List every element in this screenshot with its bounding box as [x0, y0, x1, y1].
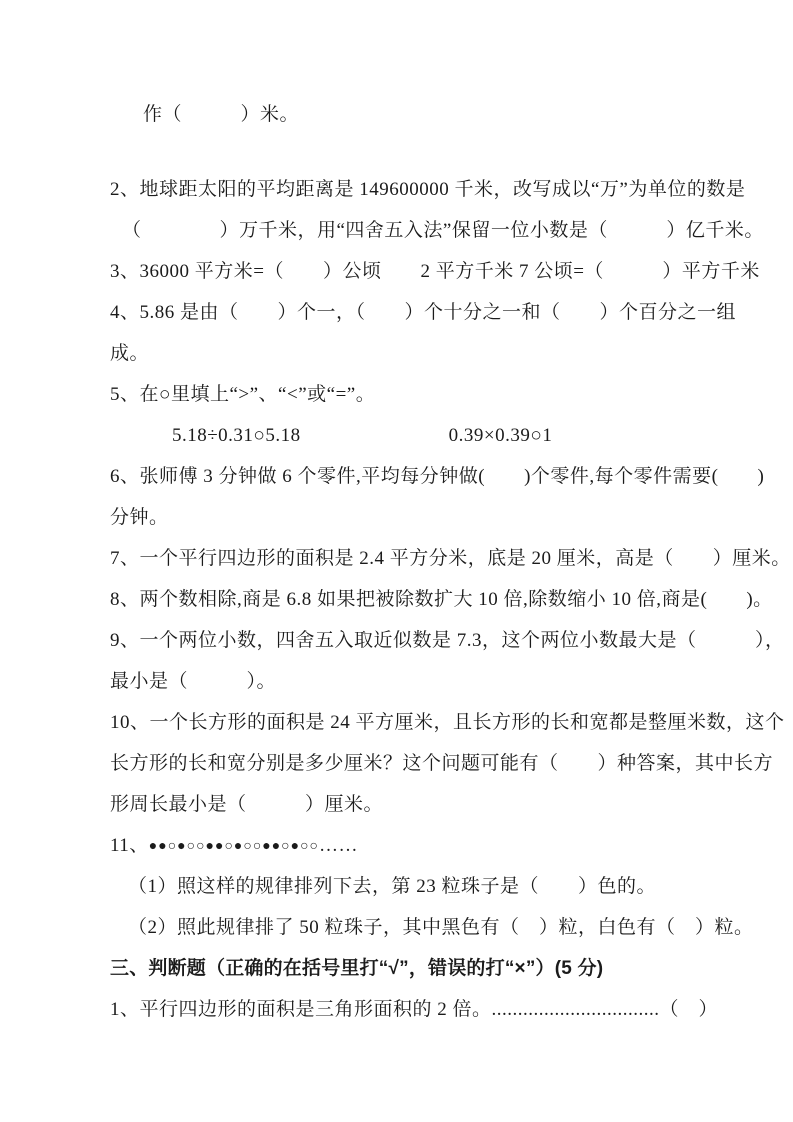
q4-line2: 成。: [110, 333, 723, 374]
q8: 8、两个数相除,商是 6.8 如果把被除数扩大 10 倍,除数缩小 10 倍,商…: [110, 579, 723, 620]
q11-sub2: （2）照此规律排了 50 粒珠子，其中黑色有（ ）粒，白色有（ ）粒。: [110, 907, 723, 948]
document-page: 作（ ）米。2、地球距太阳的平均距离是 149600000 千米，改写成以“万”…: [0, 0, 793, 1122]
q1-continuation: 作（ ）米。: [110, 94, 723, 135]
q9-line1: 9、一个两位小数，四舍五入取近似数是 7.3，这个两位小数最大是（ ），: [110, 620, 723, 661]
judge-q1: 1、平行四边形的面积是三角形面积的 2 倍。..................…: [110, 989, 723, 1030]
expression-left: 5.18÷0.31○5.18: [172, 425, 301, 446]
question-number: 11、: [110, 835, 149, 856]
section3-heading: 三、判断题（正确的在括号里打“√”，错误的打“×”）(5 分): [110, 948, 723, 989]
expression-right: 0.39×0.39○1: [449, 425, 553, 446]
bead-pattern: ●●○●○○●●○●○○●●○●○○: [149, 839, 319, 854]
q6-line1: 6、张师傅 3 分钟做 6 个零件,平均每分钟做( )个零件,每个零件需要( ): [110, 456, 723, 497]
q2-line1: 2、地球距太阳的平均距离是 149600000 千米，改写成以“万”为单位的数是: [110, 169, 723, 210]
q5: 5、在○里填上“>”、“<”或“=”。: [110, 374, 723, 415]
q3: 3、36000 平方米=（ ）公顷 2 平方千米 7 公顷=（ ）平方千米: [110, 251, 723, 292]
q10-line3: 形周长最小是（ ）厘米。: [110, 784, 723, 825]
q2-line2: （ ）万千米，用“四舍五入法”保留一位小数是（ ）亿千米。: [110, 210, 723, 251]
q10-line1: 10、一个长方形的面积是 24 平方厘米，且长方形的长和宽都是整厘米数，这个: [110, 702, 723, 743]
q7: 7、一个平行四边形的面积是 2.4 平方分米，底是 20 厘米，高是（ ）厘米。: [110, 538, 723, 579]
ellipsis: ……: [319, 835, 358, 856]
q5-expressions: 5.18÷0.31○5.180.39×0.39○1: [110, 415, 723, 456]
q6-line2: 分钟。: [110, 497, 723, 538]
q11-sub1: （1）照这样的规律排列下去，第 23 粒珠子是（ ）色的。: [110, 866, 723, 907]
document-lines: 作（ ）米。2、地球距太阳的平均距离是 149600000 千米，改写成以“万”…: [110, 94, 723, 1030]
q4-line1: 4、5.86 是由（ ）个一，（ ）个十分之一和（ ）个百分之一组: [110, 292, 723, 333]
q11-bead-pattern: 11、●●○●○○●●○●○○●●○●○○……: [110, 825, 723, 866]
q10-line2: 长方形的长和宽分别是多少厘米？这个问题可能有（ ）种答案，其中长方: [110, 743, 723, 784]
q9-line2: 最小是（ ）。: [110, 661, 723, 702]
